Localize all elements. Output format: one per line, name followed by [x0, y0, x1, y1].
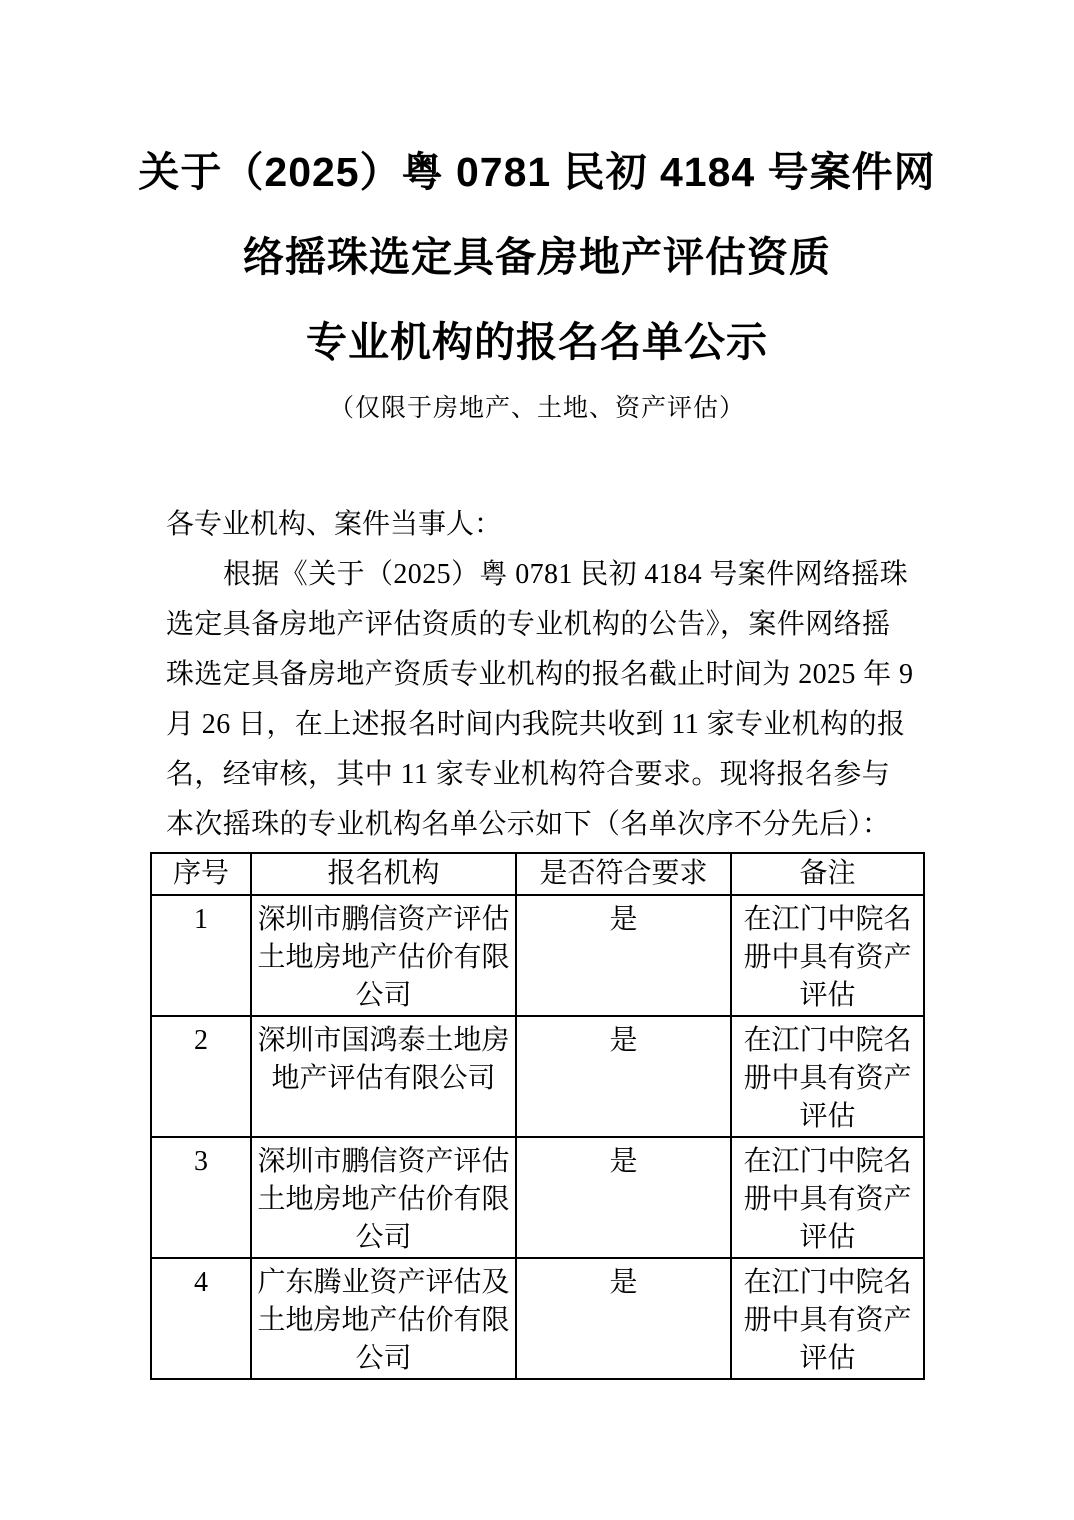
cell-organization: 广东腾业资产评估及土地房地产估价有限公司 — [251, 1258, 516, 1379]
document-title-line-2: 络摇珠选定具备房地产评估资质 — [0, 215, 1074, 300]
document-title-line-3: 专业机构的报名名单公示 — [0, 300, 1074, 385]
document-subtitle: （仅限于房地产、土地、资产评估） — [0, 392, 1074, 426]
cell-serial: 4 — [151, 1258, 251, 1379]
cell-note: 在江门中院名册中具有资产评估 — [731, 895, 924, 1016]
cell-note: 在江门中院名册中具有资产评估 — [731, 1258, 924, 1379]
col-header-serial: 序号 — [151, 853, 251, 895]
cell-qualified: 是 — [516, 1137, 731, 1258]
table-row: 2 深圳市国鸿泰土地房地产评估有限公司 是 在江门中院名册中具有资产评估 — [151, 1016, 924, 1137]
document-title-line-1: 关于（2025）粤 0781 民初 4184 号案件网 — [0, 130, 1074, 215]
salutation: 各专业机构、案件当事人： — [166, 500, 908, 550]
cell-serial: 2 — [151, 1016, 251, 1137]
cell-note: 在江门中院名册中具有资产评估 — [731, 1016, 924, 1137]
body-paragraph-line-2: 选定具备房地产评估资质的专业机构的公告》，案件网络摇 — [166, 600, 908, 650]
applicants-table: 序号 报名机构 是否符合要求 备注 1 深圳市鹏信资产评估土地房地产估价有限公司… — [150, 852, 925, 1380]
cell-organization: 深圳市鹏信资产评估土地房地产估价有限公司 — [251, 895, 516, 1016]
cell-serial: 3 — [151, 1137, 251, 1258]
body-paragraph-line-6: 本次摇珠的专业机构名单公示如下（名单次序不分先后）： — [166, 800, 908, 850]
cell-qualified: 是 — [516, 1258, 731, 1379]
col-header-note: 备注 — [731, 853, 924, 895]
col-header-qualified: 是否符合要求 — [516, 853, 731, 895]
document-body: 各专业机构、案件当事人： 根据《关于（2025）粤 0781 民初 4184 号… — [166, 500, 908, 850]
cell-serial: 1 — [151, 895, 251, 1016]
table-header-row: 序号 报名机构 是否符合要求 备注 — [151, 853, 924, 895]
cell-note: 在江门中院名册中具有资产评估 — [731, 1137, 924, 1258]
cell-organization: 深圳市鹏信资产评估土地房地产估价有限公司 — [251, 1137, 516, 1258]
document-title: 关于（2025）粤 0781 民初 4184 号案件网 络摇珠选定具备房地产评估… — [0, 130, 1074, 385]
body-paragraph-line-4: 月 26 日，在上述报名时间内我院共收到 11 家专业机构的报 — [166, 700, 908, 750]
body-paragraph-line-3: 珠选定具备房地产资质专业机构的报名截止时间为 2025 年 9 — [166, 650, 908, 700]
table-row: 4 广东腾业资产评估及土地房地产估价有限公司 是 在江门中院名册中具有资产评估 — [151, 1258, 924, 1379]
cell-qualified: 是 — [516, 895, 731, 1016]
table-row: 3 深圳市鹏信资产评估土地房地产估价有限公司 是 在江门中院名册中具有资产评估 — [151, 1137, 924, 1258]
cell-qualified: 是 — [516, 1016, 731, 1137]
col-header-organization: 报名机构 — [251, 853, 516, 895]
body-paragraph-line-1: 根据《关于（2025）粤 0781 民初 4184 号案件网络摇珠 — [166, 550, 908, 600]
body-paragraph-line-5: 名，经审核，其中 11 家专业机构符合要求。现将报名参与 — [166, 750, 908, 800]
table-row: 1 深圳市鹏信资产评估土地房地产估价有限公司 是 在江门中院名册中具有资产评估 — [151, 895, 924, 1016]
cell-organization: 深圳市国鸿泰土地房地产评估有限公司 — [251, 1016, 516, 1137]
document-page: 关于（2025）粤 0781 民初 4184 号案件网 络摇珠选定具备房地产评估… — [0, 0, 1074, 1520]
